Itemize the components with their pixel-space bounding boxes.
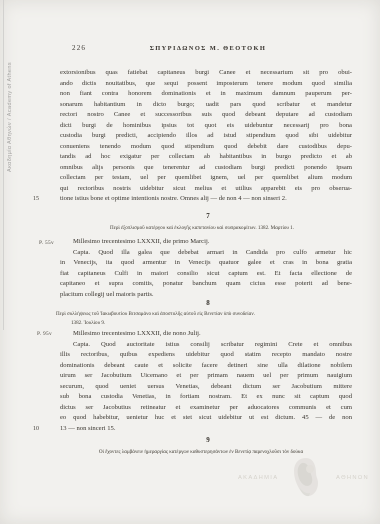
text-line: sub bona custodia Venetias, in fortiam n…: [60, 392, 352, 403]
line-text: Capta. Quod illa galea que debebat armar…: [73, 249, 352, 256]
text-line: 5uirum ser Jacobutium Uicemano et per pr…: [60, 371, 352, 382]
text-line: in Venecijs, ita quod armentur in Veneci…: [60, 258, 352, 269]
athena-head-emblem-icon: [288, 455, 324, 499]
text-line: 10conueniens tenendo modum quod stipendi…: [60, 142, 352, 153]
line-number: 5: [0, 89, 39, 100]
text-line: extorsionibus quas fatiebat capitaneus b…: [60, 68, 352, 79]
text-line: dicti burgi de hominibus ipsius tot quot…: [60, 121, 352, 132]
text-line: Capta. Quod illa galea que debebat armar…: [60, 248, 352, 259]
line-text: securum, quod ueniet uersus Venetias, de…: [60, 383, 352, 390]
text-line: 1013 — non sinceri 15.: [60, 424, 352, 435]
line-text: dictus ser Jacobutius retineatur et exam…: [60, 404, 352, 411]
stamp-watermark: ΑΚΑΔΗΜΙΑ ΑΘΗΝΩΝ: [230, 455, 375, 515]
text-line: securum, quod ueniet uersus Venetias, de…: [60, 382, 352, 393]
section-paragraph: Millesimo trecentesimo LXXXII, die nono …: [60, 329, 352, 434]
text-line: qui rectoribus nostris uidebitur sicut m…: [60, 184, 352, 195]
line-number: 5: [0, 371, 39, 382]
text-line: eo quod habebitur, uenietur huc et stet …: [60, 413, 352, 424]
line-number: 10: [0, 424, 39, 435]
line-text: non fiant contra honorem dominationis et…: [60, 90, 352, 97]
section-heading-greek: Περὶ συλλήψεως τοῦ Ἰακωβουτίου Βιτσαμάνο…: [56, 310, 352, 327]
line-text: qui rectoribus nostris uidebitur sicut m…: [60, 185, 352, 192]
line-text: rectori nostro Canee et successoribus su…: [60, 111, 352, 118]
line-text: uirum ser Jacobutium Uicemano et per pri…: [60, 372, 352, 379]
stamp-text-left: ΑΚΑΔΗΜΙΑ: [238, 475, 278, 481]
line-text: Millesimo trecentesimo LXXXII, die nono …: [73, 330, 201, 337]
side-watermark-text: Ακαδημία Αθηνών / Academy of Athens: [7, 62, 13, 172]
line-text: placitum collegij uel maioris partis.: [60, 291, 154, 298]
line-text: dicti burgi de hominibus ipsius tot quot…: [60, 122, 352, 129]
line-text: collectam per testam, uel per quemlibet …: [60, 174, 352, 181]
text-line: collectam per testam, uel per quemlibet …: [60, 173, 352, 184]
text-line: illis rectoribus, quibus expediens uideb…: [60, 350, 352, 361]
text-line: Millesimo trecentesimo LXXXII, die nono …: [60, 329, 352, 340]
line-text: eo quod habebitur, uenietur huc et stet …: [60, 414, 352, 421]
text-line: Capta. Quod auctoritate istius consilij …: [60, 340, 352, 351]
section-heading-greek: Περὶ ἐξοπλισμοῦ κατέργου καὶ ἐκλογῆς καπ…: [56, 224, 348, 233]
line-text: Millesimo trecentesimo LXXXII, die primo…: [73, 238, 209, 245]
line-text: ando dictis nouitatibus, que sequi posse…: [60, 80, 352, 87]
continuation-paragraph: extorsionibus quas fatiebat capitaneus b…: [60, 68, 352, 205]
line-number: 10: [0, 142, 39, 153]
line-text: tione istius bone et optime intentionis …: [60, 195, 287, 202]
line-text: extorsionibus quas fatiebat capitaneus b…: [60, 69, 352, 76]
scanned-page: Ακαδημία Αθηνών / Academy of Athens 226 …: [0, 0, 380, 524]
text-line: Millesimo trecentesimo LXXXII, die primo…: [60, 237, 352, 248]
line-text: illis rectoribus, quibus expediens uideb…: [60, 351, 352, 358]
line-text: sub bona custodia Venetias, in fortiam n…: [60, 393, 352, 400]
heading-date: 1382. Ἰουλίου 9.: [56, 319, 352, 328]
text-line: fiat capitaneus Culfi in maiori consilio…: [60, 269, 352, 280]
line-number: 15: [0, 194, 39, 205]
text-line: 15tione istius bone et optime intentioni…: [60, 194, 352, 205]
line-text: in Venecijs, ita quod armentur in Veneci…: [60, 259, 352, 266]
section-number: 8: [62, 299, 354, 307]
line-text: Capta. Quod auctoritate istius consilij …: [73, 341, 352, 348]
line-text: 13 — non sinceri 15.: [60, 425, 116, 432]
line-text: conueniens tenendo modum quod stipendium…: [60, 143, 352, 150]
text-line: ando dictis nouitatibus, que sequi posse…: [60, 79, 352, 90]
line-text: omnibus alijs personis que tenerentur ad…: [60, 164, 352, 171]
line-text: tandis ad hoc exigatur per collectam ab …: [60, 153, 352, 160]
text-line: 5non fiant contra honorem dominationis e…: [60, 89, 352, 100]
text-line: tandis ad hoc exigatur per collectam ab …: [60, 152, 352, 163]
text-line: omnibus alijs personis que tenerentur ad…: [60, 163, 352, 174]
heading-line: Περὶ συλλήψεως τοῦ Ἰακωβουτίου Βιτσαμάνο…: [56, 311, 255, 317]
line-text: capitaneo et supra comitis, ponatur banc…: [60, 280, 352, 287]
line-text: custodia burgi predicti, accipiendo illo…: [60, 132, 352, 139]
section-paragraph: Millesimo trecentesimo LXXXII, die primo…: [60, 237, 352, 300]
text-line: 5capitaneo et supra comitis, ponatur ban…: [60, 279, 352, 290]
page-header-title: ΣΠΥΡΙΔΩΝΟΣ Μ. ΘΕΟΤΟΚΗ: [62, 45, 354, 52]
folio-note: P. 55v: [39, 240, 54, 246]
text-line: custodia burgi predicti, accipiendo illo…: [60, 131, 352, 142]
text-line: dominationis debeant caute et solicite f…: [60, 361, 352, 372]
line-text: dominationis debeant caute et solicite f…: [60, 362, 352, 369]
line-text: sonarum habitantium in dicto burgo; uadi…: [60, 101, 352, 108]
text-line: dictus ser Jacobutius retineatur et exam…: [60, 403, 352, 414]
text-line: sonarum habitantium in dicto burgo; uadi…: [60, 100, 352, 111]
line-number: 5: [0, 279, 39, 290]
section-number: 9: [62, 436, 354, 444]
stamp-text-right: ΑΘΗΝΩΝ: [336, 475, 369, 481]
line-text: fiat capitaneus Culfi in maiori consilio…: [60, 270, 352, 277]
folio-note: P. 95v: [37, 331, 52, 337]
section-number: 7: [62, 212, 354, 220]
text-line: rectori nostro Canee et successoribus su…: [60, 110, 352, 121]
